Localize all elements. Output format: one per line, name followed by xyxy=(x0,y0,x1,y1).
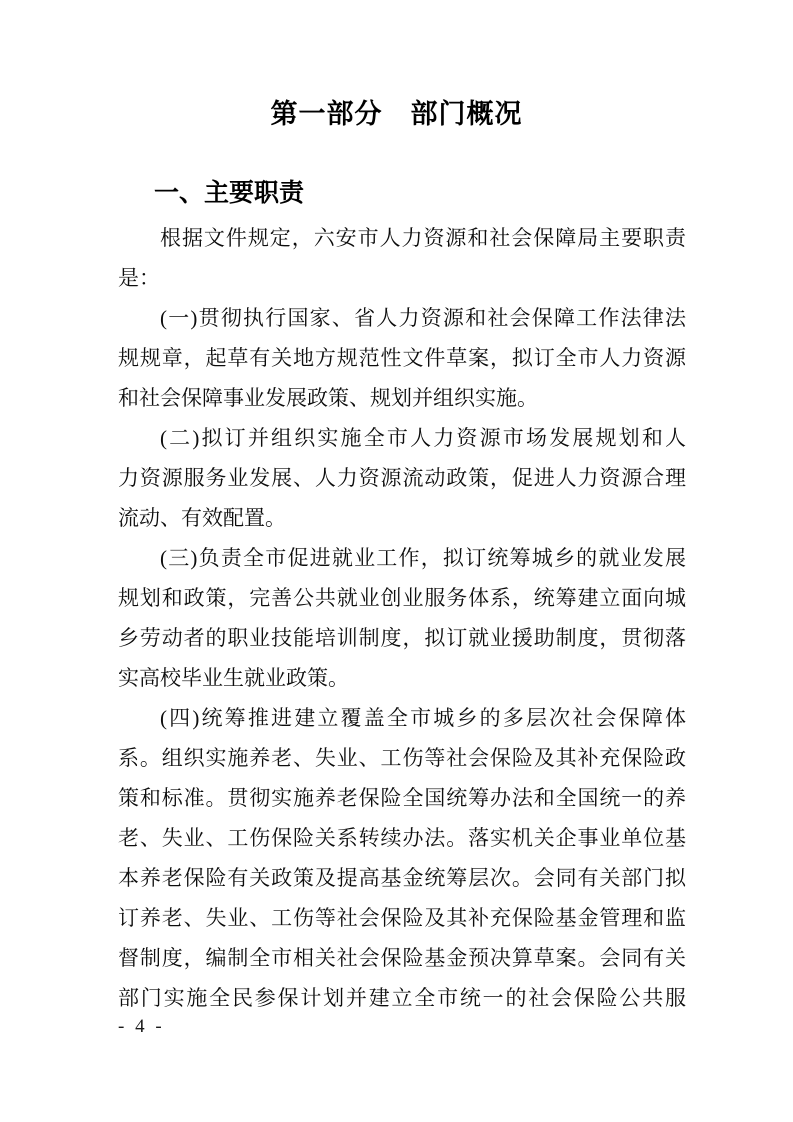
page-title: 第一部分 部门概况 xyxy=(0,96,793,132)
body-line: 实高校毕业生就业政策。 xyxy=(118,658,686,698)
body-line: 乡劳动者的职业技能培训制度，拟订就业援助制度，贯彻落 xyxy=(118,618,686,658)
body-line: (四)统筹推进建立覆盖全市城乡的多层次社会保障体 xyxy=(118,698,686,738)
body-line: 流动、有效配置。 xyxy=(118,498,686,538)
section-heading: 一、主要职责 xyxy=(118,176,304,210)
body-line: 和社会保障事业发展政策、规划并组织实施。 xyxy=(118,378,686,418)
body-line: 力资源服务业发展、人力资源流动政策，促进人力资源合理 xyxy=(118,458,686,498)
body-line: (二)拟订并组织实施全市人力资源市场发展规划和人 xyxy=(118,418,686,458)
body-line: 部门实施全民参保计划并建立全市统一的社会保险公共服 xyxy=(118,978,686,1018)
body-line: 规规章，起草有关地方规范性文件草案，拟订全市人力资源 xyxy=(118,338,686,378)
body-line: 策和标准。贯彻实施养老保险全国统筹办法和全国统一的养 xyxy=(118,778,686,818)
body-line: 订养老、失业、工伤等社会保险及其补充保险基金管理和监 xyxy=(118,898,686,938)
body-line: 系。组织实施养老、失业、工伤等社会保险及其补充保险政 xyxy=(118,738,686,778)
page-number: - 4 - xyxy=(118,1014,165,1040)
document-body: 根据文件规定，六安市人力资源和社会保障局主要职责是：(一)贯彻执行国家、省人力资… xyxy=(118,218,686,1018)
body-line: (一)贯彻执行国家、省人力资源和社会保障工作法律法 xyxy=(118,298,686,338)
body-line: 督制度，编制全市相关社会保险基金预决算草案。会同有关 xyxy=(118,938,686,978)
body-line: 本养老保险有关政策及提高基金统筹层次。会同有关部门拟 xyxy=(118,858,686,898)
document-page: 第一部分 部门概况 一、主要职责 根据文件规定，六安市人力资源和社会保障局主要职… xyxy=(0,0,793,1122)
body-line: 是： xyxy=(118,258,686,298)
body-line: 规划和政策，完善公共就业创业服务体系，统筹建立面向城 xyxy=(118,578,686,618)
body-line: 老、失业、工伤保险关系转续办法。落实机关企事业单位基 xyxy=(118,818,686,858)
body-line: 根据文件规定，六安市人力资源和社会保障局主要职责 xyxy=(118,218,686,258)
body-line: (三)负责全市促进就业工作，拟订统筹城乡的就业发展 xyxy=(118,538,686,578)
